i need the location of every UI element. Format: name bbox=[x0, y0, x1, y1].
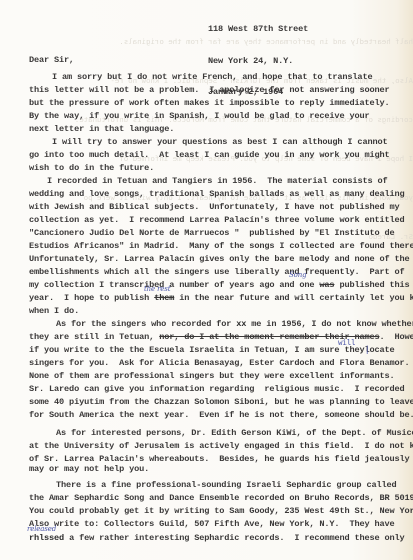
line-segment: in the near future and will certainly le… bbox=[174, 293, 413, 303]
body-line: As for interested persons, Dr. Edith Ger… bbox=[56, 428, 413, 438]
body-line: There is a fine professional-sounding Is… bbox=[56, 480, 396, 490]
body-line: Unfortunately, Sr. Larrea Palacín gives … bbox=[29, 254, 410, 264]
body-line: but the pressure of work often makes it … bbox=[29, 98, 390, 108]
body-line: for South America the next year. Even if… bbox=[29, 410, 413, 420]
line-segment: year. I hope to publish bbox=[29, 293, 154, 303]
overtyped-word: xx bbox=[236, 319, 246, 329]
body-line: singers for you. Ask for Alicia Benasaya… bbox=[29, 358, 410, 368]
body-line: Also write to: Collectors Guild, 507 Fif… bbox=[29, 519, 395, 529]
line-segment: . However, bbox=[380, 332, 413, 342]
body-line: wish to do in the future. bbox=[29, 163, 154, 173]
overtyped-word: rhlssed bbox=[29, 533, 64, 543]
address-street: 118 West 87th Street bbox=[208, 24, 308, 35]
body-line: this letter will not be a problem. I apo… bbox=[29, 85, 390, 95]
line-segment: As for the singers who recorded for bbox=[56, 319, 236, 329]
address-city: New York 24, N.Y. bbox=[208, 56, 308, 67]
line-segment: my collection I transcribed a number of … bbox=[29, 280, 319, 290]
struck-word: was bbox=[319, 280, 334, 290]
body-line: I will try to answer your questions as b… bbox=[52, 137, 387, 147]
line-segment: if you write to the the Escuela Israelit… bbox=[29, 345, 364, 355]
bleed-line: half heartedly and in performance they a… bbox=[0, 35, 413, 48]
struck-word: them bbox=[154, 293, 174, 303]
body-line: As for the singers who recorded for xx m… bbox=[56, 319, 413, 329]
body-line: of Sr. Larrea Palacin's whereabouts. Bes… bbox=[29, 454, 413, 464]
line-segment: a few rather interesting Sephardic recor… bbox=[64, 533, 404, 543]
insertion-caret: | bbox=[364, 345, 369, 355]
salutation: Dear Sir, bbox=[29, 55, 74, 65]
handwritten-the-rest: the rest bbox=[144, 285, 170, 293]
body-line: rhlssed a few rather interesting Sephard… bbox=[29, 533, 405, 543]
body-line: next letter in that language. bbox=[29, 124, 174, 134]
body-line: some 40 piyutim from the Chazzan Solomon… bbox=[29, 397, 413, 407]
body-line: Sr. Laredo can give you information rega… bbox=[29, 384, 405, 394]
body-line: year. I hope to publish them in the near… bbox=[29, 293, 413, 303]
body-line: "Cancionero Judio Del Norte de Marruecos… bbox=[29, 228, 395, 238]
body-line: collection as yet. I recommend Larrea Pa… bbox=[29, 215, 405, 225]
body-line: You could probably get it by writing to … bbox=[29, 506, 413, 516]
body-line: go into too much detail. At least I can … bbox=[29, 150, 390, 160]
body-line: By the way, if you write in Spanish, I w… bbox=[29, 111, 369, 121]
line-segment: they are still in Tetuan, bbox=[29, 332, 159, 342]
body-line: may or may not help you. bbox=[29, 464, 149, 474]
body-line: wedding and love songs, traditional Span… bbox=[29, 189, 405, 199]
body-line: embellishments which all the singers use… bbox=[29, 267, 405, 277]
body-line: if you write to the the Escuela Israelit… bbox=[29, 345, 395, 355]
body-line: at the University of Jerusalem is active… bbox=[29, 441, 413, 451]
line-segment: me in 1956, I do not know whether bbox=[246, 319, 413, 329]
body-line: my collection I transcribed a number of … bbox=[29, 280, 410, 290]
body-line: Estudios Africanos" in Madrid. Many of t… bbox=[29, 241, 413, 251]
handwritten-released: released bbox=[27, 525, 56, 533]
handwritten-song: Song bbox=[289, 271, 306, 279]
body-line: None of them are professional singers bu… bbox=[29, 371, 395, 381]
line-segment: published this bbox=[334, 280, 409, 290]
body-line: I am sorry but I do not write French, an… bbox=[52, 72, 372, 82]
body-line: I recorded in Tetuan and Tangiers in 195… bbox=[47, 176, 387, 186]
body-line: the Amar Sephardic Song and Dance Ensemb… bbox=[29, 493, 413, 503]
body-line: when I do. bbox=[29, 306, 79, 316]
body-line: with Jewish and Biblical subjects. Unfor… bbox=[29, 202, 400, 212]
